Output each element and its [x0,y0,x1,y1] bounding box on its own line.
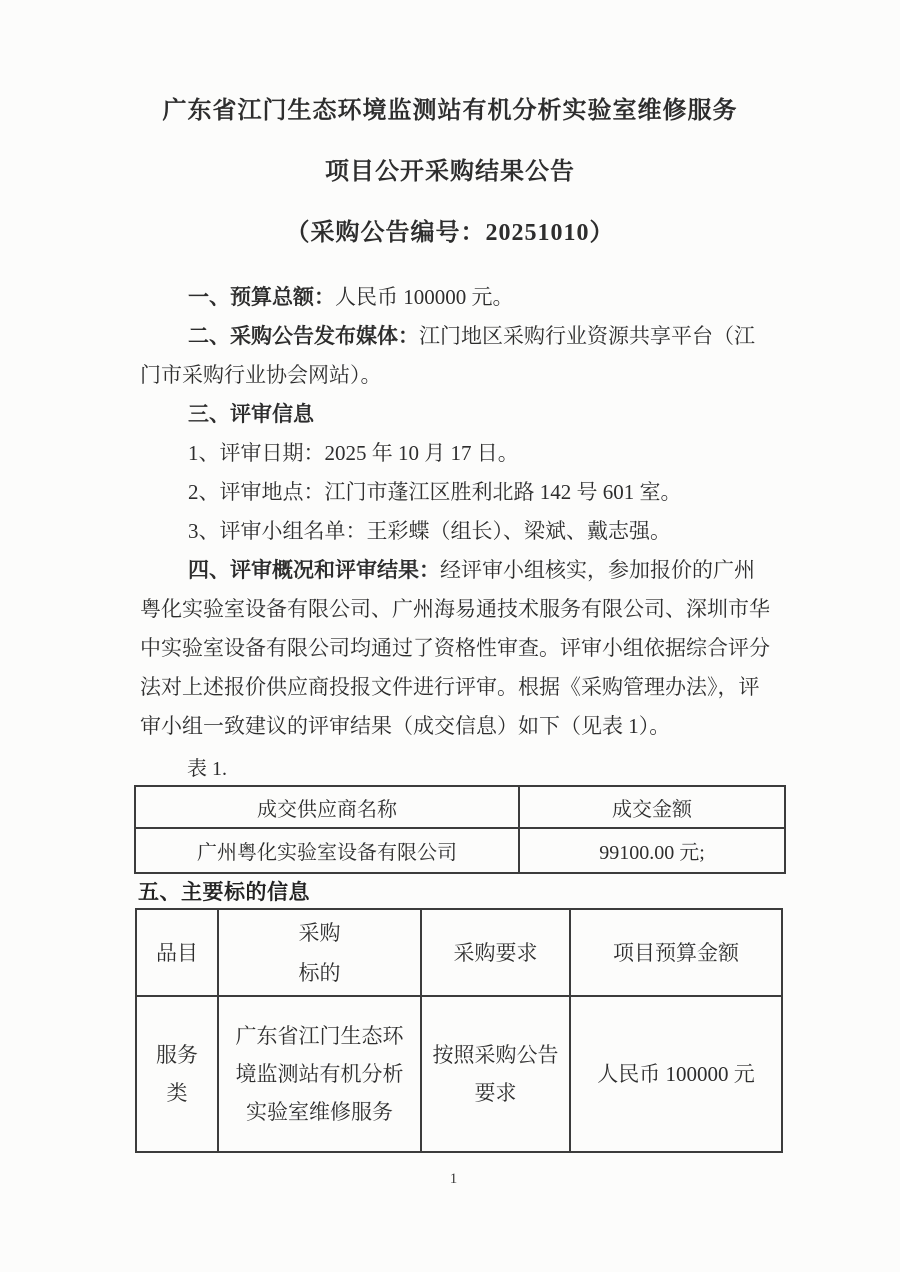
table2-cell-requirement: 按照采购公告 要求 [421,996,570,1152]
table1-cell-supplier: 广州粤化实验室设备有限公司 [135,828,519,873]
text-run: 2、评审地点：江门市蓬江区胜利北路 142 号 601 室。 [188,480,682,504]
text-run: 法对上述报价供应商投报文件进行评审。根据《采购管理办法》，评 [140,675,760,699]
subject-matter-table: 品目 采购 标的 采购要求 项目预算金额 服务 类 [135,908,783,1153]
header-line: 采购 [219,913,420,953]
document-page: 广东省江门生态环境监测站有机分析实验室维修服务 项目公开采购结果公告 （采购公告… [0,0,900,1272]
body-line-result-cont-3: 法对上述报价供应商投报文件进行评审。根据《采购管理办法》，评 [140,668,767,707]
table2-header-subject: 采购 标的 [218,909,421,996]
document-title: 广东省江门生态环境监测站有机分析实验室维修服务 项目公开采购结果公告 （采购公告… [0,81,900,264]
cell-line: 实验室维修服务 [219,1093,420,1131]
cell-line: 类 [137,1074,217,1112]
body-line-review-date: 1、评审日期：2025 年 10 月 17 日。 [140,434,767,473]
body-line-review-place: 2、评审地点：江门市蓬江区胜利北路 142 号 601 室。 [140,473,767,512]
announcement-number: （采购公告编号：20251010） [0,203,900,264]
body-line-result-cont-4: 审小组一致建议的评审结果（成交信息）如下（见表 1）。 [140,707,767,746]
text-run: 中实验室设备有限公司均通过了资格性审查。评审小组依据综合评分 [140,636,770,660]
table-row: 广州粤化实验室设备有限公司 99100.00 元; [135,828,785,873]
body-line-review-result: 四、评审概况和评审结果：经评审小组核实，参加报价的广州 [140,551,767,590]
page-number: 1 [140,1169,767,1189]
table1-header-amount: 成交金额 [519,786,785,828]
table2-header-requirement: 采购要求 [421,909,570,996]
table2-header-category: 品目 [136,909,218,996]
title-line-2: 项目公开采购结果公告 [0,142,900,203]
award-result-table: 成交供应商名称 成交金额 广州粤化实验室设备有限公司 99100.00 元; [134,785,786,874]
table1-caption: 表 1. [140,754,767,785]
document-body: 一、预算总额：人民币 100000 元。 二、采购公告发布媒体：江门地区采购行业… [140,278,767,1189]
bold-run: 三、评审信息 [188,402,314,426]
table2-header-budget: 项目预算金额 [570,909,782,996]
header-line: 采购要求 [422,933,569,973]
text-run: 审小组一致建议的评审结果（成交信息）如下（见表 1）。 [140,714,670,738]
text-run: 门市采购行业协会网站）。 [140,363,382,387]
cell-line: 要求 [422,1074,569,1112]
header-line: 项目预算金额 [571,933,781,973]
title-line-1: 广东省江门生态环境监测站有机分析实验室维修服务 [0,81,900,142]
body-line-review-info: 三、评审信息 [140,395,767,434]
cell-line: 按照采购公告 [422,1036,569,1074]
header-line: 标的 [219,953,420,993]
body-line-review-panel: 3、评审小组名单：王彩蝶（组长）、梁斌、戴志强。 [140,512,767,551]
cell-line: 人民币 100000 元 [571,1055,781,1093]
body-line-media: 二、采购公告发布媒体：江门地区采购行业资源共享平台（江 [140,317,767,356]
text-run: 1、评审日期：2025 年 10 月 17 日。 [188,441,519,465]
table-header-row: 成交供应商名称 成交金额 [135,786,785,828]
text-run: 粤化实验室设备有限公司、广州海易通技术服务有限公司、深圳市华 [140,597,770,621]
body-line-result-cont-2: 中实验室设备有限公司均通过了资格性审查。评审小组依据综合评分 [140,629,767,668]
text-run: 江门地区采购行业资源共享平台（江 [419,324,755,348]
table2-cell-subject: 广东省江门生态环 境监测站有机分析 实验室维修服务 [218,996,421,1152]
table-row: 服务 类 广东省江门生态环 境监测站有机分析 实验室维修服务 按照采购公告 要求… [136,996,782,1152]
table1-header-supplier: 成交供应商名称 [135,786,519,828]
text-run: 3、评审小组名单：王彩蝶（组长）、梁斌、戴志强。 [188,519,671,543]
body-line-result-cont-1: 粤化实验室设备有限公司、广州海易通技术服务有限公司、深圳市华 [140,590,767,629]
bold-run: 二、采购公告发布媒体： [188,324,419,348]
header-line: 品目 [137,933,217,973]
bold-run: 一、预算总额： [188,285,335,309]
table-header-row: 品目 采购 标的 采购要求 项目预算金额 [136,909,782,996]
body-line-budget: 一、预算总额：人民币 100000 元。 [140,278,767,317]
section5-heading: 五、主要标的信息 [138,878,767,908]
text-run: 人民币 100000 元。 [335,285,514,309]
text-run: 经评审小组核实，参加报价的广州 [440,558,755,582]
table1-cell-amount: 99100.00 元; [519,828,785,873]
table2-cell-category: 服务 类 [136,996,218,1152]
cell-line: 广东省江门生态环 [219,1017,420,1055]
table2-cell-budget: 人民币 100000 元 [570,996,782,1152]
cell-line: 境监测站有机分析 [219,1055,420,1093]
cell-line: 服务 [137,1036,217,1074]
bold-run: 四、评审概况和评审结果： [188,558,440,582]
body-line-media-cont: 门市采购行业协会网站）。 [140,356,767,395]
